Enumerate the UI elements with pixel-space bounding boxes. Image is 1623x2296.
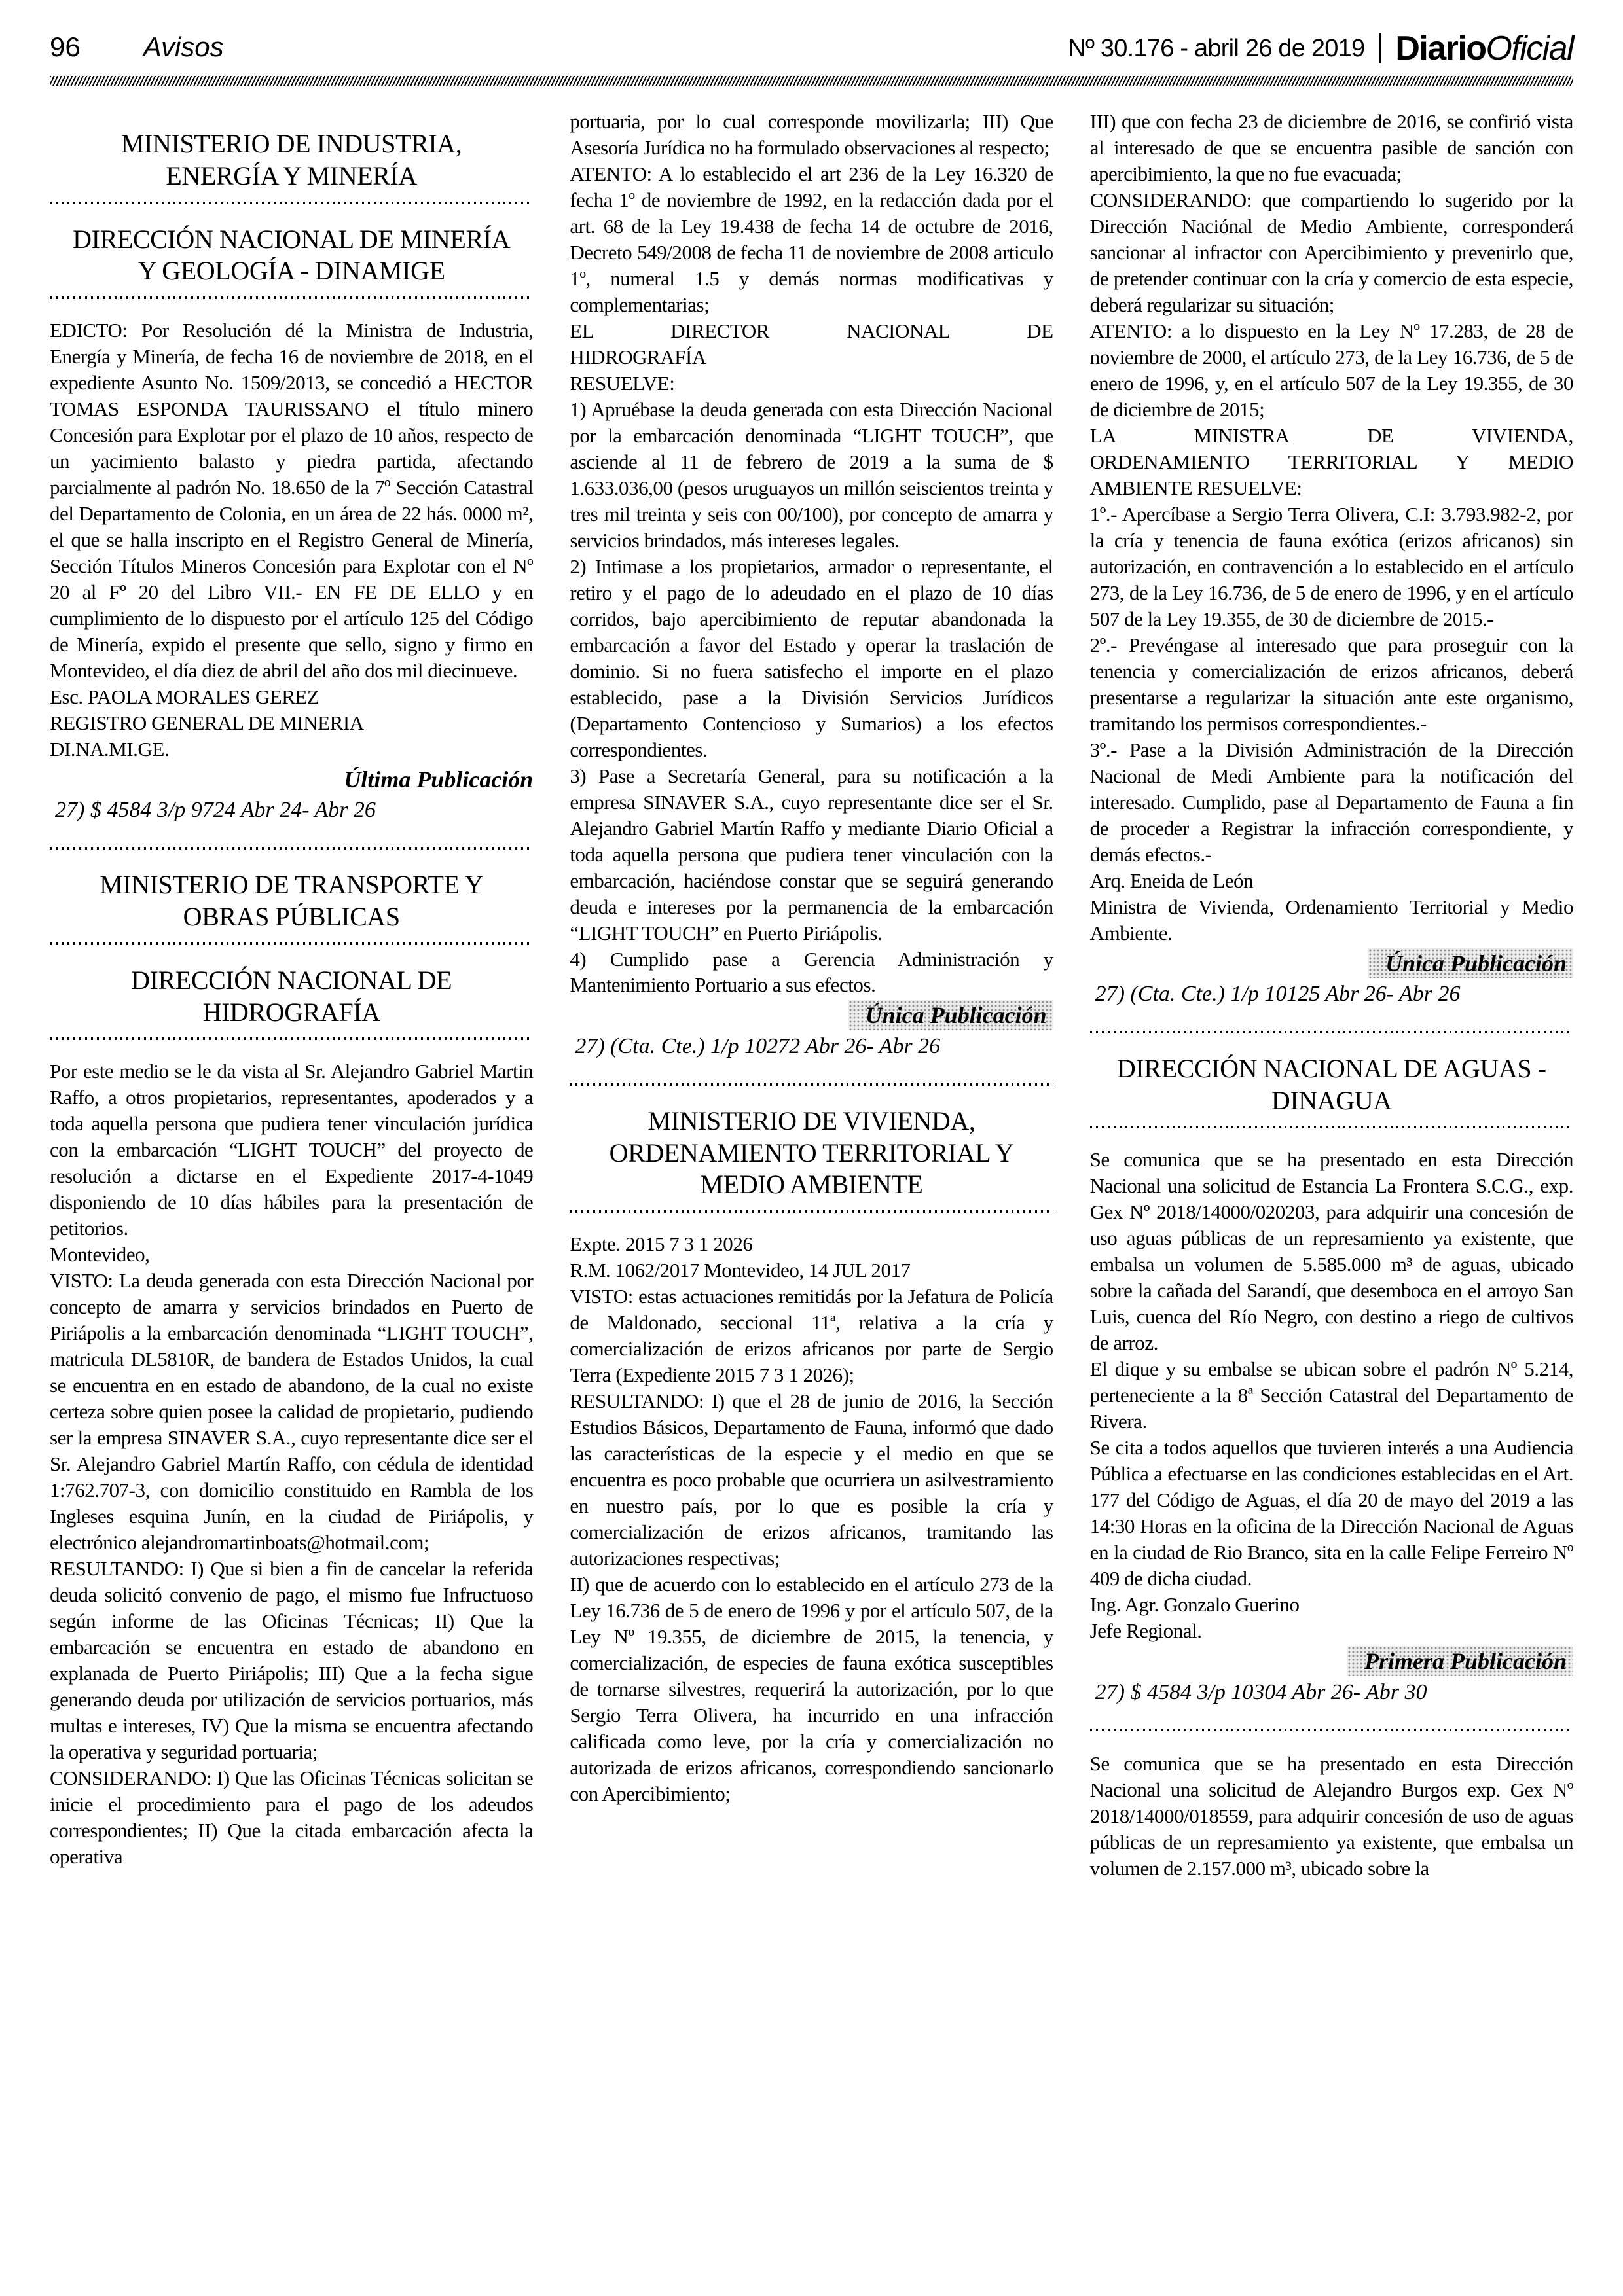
paragraph: Se comunica que se ha presentado en esta… [1090,1147,1573,1356]
logo-italic-part: Oficial [1486,29,1573,67]
publication-row: Última Publicación [50,764,533,795]
newspaper-page: 96 Avisos Nº 30.176 - abril 26 de 2019 D… [0,0,1623,2296]
issue-date: Nº 30.176 - abril 26 de 2019 [1068,35,1364,63]
section-heading: DIRECCIÓN NACIONAL DE HIDROGRAFÍA [67,965,516,1029]
paragraph: Se cita a todos aquellos que tuvieren in… [1090,1435,1573,1592]
publication-row: Única Publicación [1090,948,1573,978]
publication-label: Última Publicación [344,766,533,793]
page-number: 96 [50,31,81,63]
text-line: REGISTRO GENERAL DE MINERIA [50,710,533,736]
fee-line: 27) $ 4584 3/p 9724 Abr 24- Abr 26 [50,796,533,825]
paragraph: RESULTANDO: I) que el 28 de junio de 201… [570,1388,1053,1571]
caps-heading: LA MINISTRA DE VIVIENDA,ORDENAMIENTO TER… [1090,423,1573,501]
section-heading: DIRECCIÓN NACIONAL DE MINERÍA Y GEOLOGÍA… [67,224,516,288]
paragraph: 4) Cumplido pase a Gerencia Administraci… [570,946,1053,999]
paragraph: ATENTO: A lo establecido el art 236 de l… [570,161,1053,318]
paragraph: El dique y su embalse se ubican sobre el… [1090,1356,1573,1435]
heading-rule [1090,1126,1573,1128]
paragraph: portuaria, por lo cual corresponde movil… [570,109,1053,161]
publication-label: Única Publicación [848,1000,1053,1030]
masthead-rule [50,76,1573,86]
caps-heading-line: ORDENAMIENTO TERRITORIAL Y MEDIO [1090,449,1573,475]
paragraph: 2º.- Prevéngase al interesado que para p… [1090,632,1573,737]
text-line: Ing. Agr. Gonzalo Guerino [1090,1592,1573,1618]
text-line: Expte. 2015 7 3 1 2026 [570,1231,1053,1257]
paragraph: RESULTANDO: I) Que si bien a fin de canc… [50,1556,533,1765]
paragraph: 2) Intimase a los propietarios, armador … [570,554,1053,763]
newspaper-logo: DiarioOficial [1395,29,1573,68]
article-columns: MINISTERIO DE INDUSTRIA, ENERGÍA Y MINER… [50,109,1573,2190]
paragraph: EDICTO: Por Resolución dé la Ministra de… [50,317,533,684]
heading-rule [50,942,533,945]
masthead-right: Nº 30.176 - abril 26 de 2019 DiarioOfici… [1068,29,1573,68]
section-heading: MINISTERIO DE VIVIENDA, ORDENAMIENTO TER… [587,1105,1036,1201]
heading-rule [50,1037,533,1040]
text-line: RESUELVE: [570,370,1053,397]
paragraph: 1) Apruébase la deuda generada con esta … [570,397,1053,554]
heading-rule [570,1210,1053,1213]
publication-row: Primera Publicación [1090,1646,1573,1676]
section-heading: MINISTERIO DE INDUSTRIA, ENERGÍA Y MINER… [67,128,516,192]
heading-rule [50,296,533,299]
paragraph: Ministra de Vivienda, Ordenamiento Terri… [1090,894,1573,946]
column-1: MINISTERIO DE INDUSTRIA, ENERGÍA Y MINER… [50,109,533,2190]
paragraph: III) que con fecha 23 de diciembre de 20… [1090,109,1573,187]
paragraph: 3) Pase a Secretaría General, para su no… [570,763,1053,946]
masthead-separator [1379,33,1381,63]
publication-label: Única Publicación [1368,948,1573,978]
section-heading: MINISTERIO DE TRANSPORTE Y OBRAS PÚBLICA… [67,869,516,933]
paragraph: VISTO: estas actuaciones remitidás por l… [570,1283,1053,1388]
text-line: Esc. PAOLA MORALES GEREZ [50,684,533,710]
text-line: Arq. Eneida de León [1090,868,1573,894]
paragraph: CONSIDERANDO: que compartiendo lo sugeri… [1090,187,1573,318]
paragraph: Se comunica que se ha presentado en esta… [1090,1751,1573,1882]
masthead: 96 Avisos Nº 30.176 - abril 26 de 2019 D… [50,29,1573,68]
section-divider [1090,1729,1573,1731]
caps-heading-line: AMBIENTE RESUELVE: [1090,475,1573,501]
fee-line: 27) (Cta. Cte.) 1/p 10125 Abr 26- Abr 26 [1090,980,1573,1009]
column-2: portuaria, por lo cual corresponde movil… [570,109,1053,2190]
caps-heading-line: EL DIRECTOR NACIONAL DE [570,318,1053,344]
masthead-left: 96 Avisos [50,31,224,63]
paragraph: CONSIDERANDO: I) Que las Oficinas Técnic… [50,1765,533,1870]
section-title: Avisos [143,31,224,63]
paragraph: 3º.- Pase a la División Administración d… [1090,737,1573,868]
section-divider [570,1083,1053,1086]
text-line: R.M. 1062/2017 Montevideo, 14 JUL 2017 [570,1257,1053,1283]
logo-bold-part: Diario [1395,29,1486,67]
column-3: III) que con fecha 23 de diciembre de 20… [1090,109,1573,2190]
fee-line: 27) $ 4584 3/p 10304 Abr 26- Abr 30 [1090,1678,1573,1707]
paragraph: ATENTO: a lo dispuesto en la Ley Nº 17.2… [1090,318,1573,423]
fee-line: 27) (Cta. Cte.) 1/p 10272 Abr 26- Abr 26 [570,1032,1053,1061]
text-line: Jefe Regional. [1090,1618,1573,1644]
section-heading: DIRECCIÓN NACIONAL DE AGUAS - DINAGUA [1107,1053,1556,1117]
text-line: DI.NA.MI.GE. [50,736,533,762]
paragraph: VISTO: La deuda generada con esta Direcc… [50,1268,533,1556]
publication-label: Primera Publicación [1347,1646,1573,1676]
caps-heading-line: HIDROGRAFÍA [570,344,1053,370]
paragraph: 1º.- Apercíbase a Sergio Terra Olivera, … [1090,501,1573,632]
section-divider [1090,1031,1573,1033]
section-divider [50,847,533,850]
paragraph: Por este medio se le da vista al Sr. Ale… [50,1058,533,1242]
caps-heading-line: LA MINISTRA DE VIVIENDA, [1090,423,1573,449]
heading-rule [50,202,533,204]
paragraph: II) que de acuerdo con lo establecido en… [570,1571,1053,1807]
publication-row: Única Publicación [570,1000,1053,1030]
text-line: Montevideo, [50,1242,533,1268]
caps-heading: EL DIRECTOR NACIONAL DEHIDROGRAFÍA [570,318,1053,370]
